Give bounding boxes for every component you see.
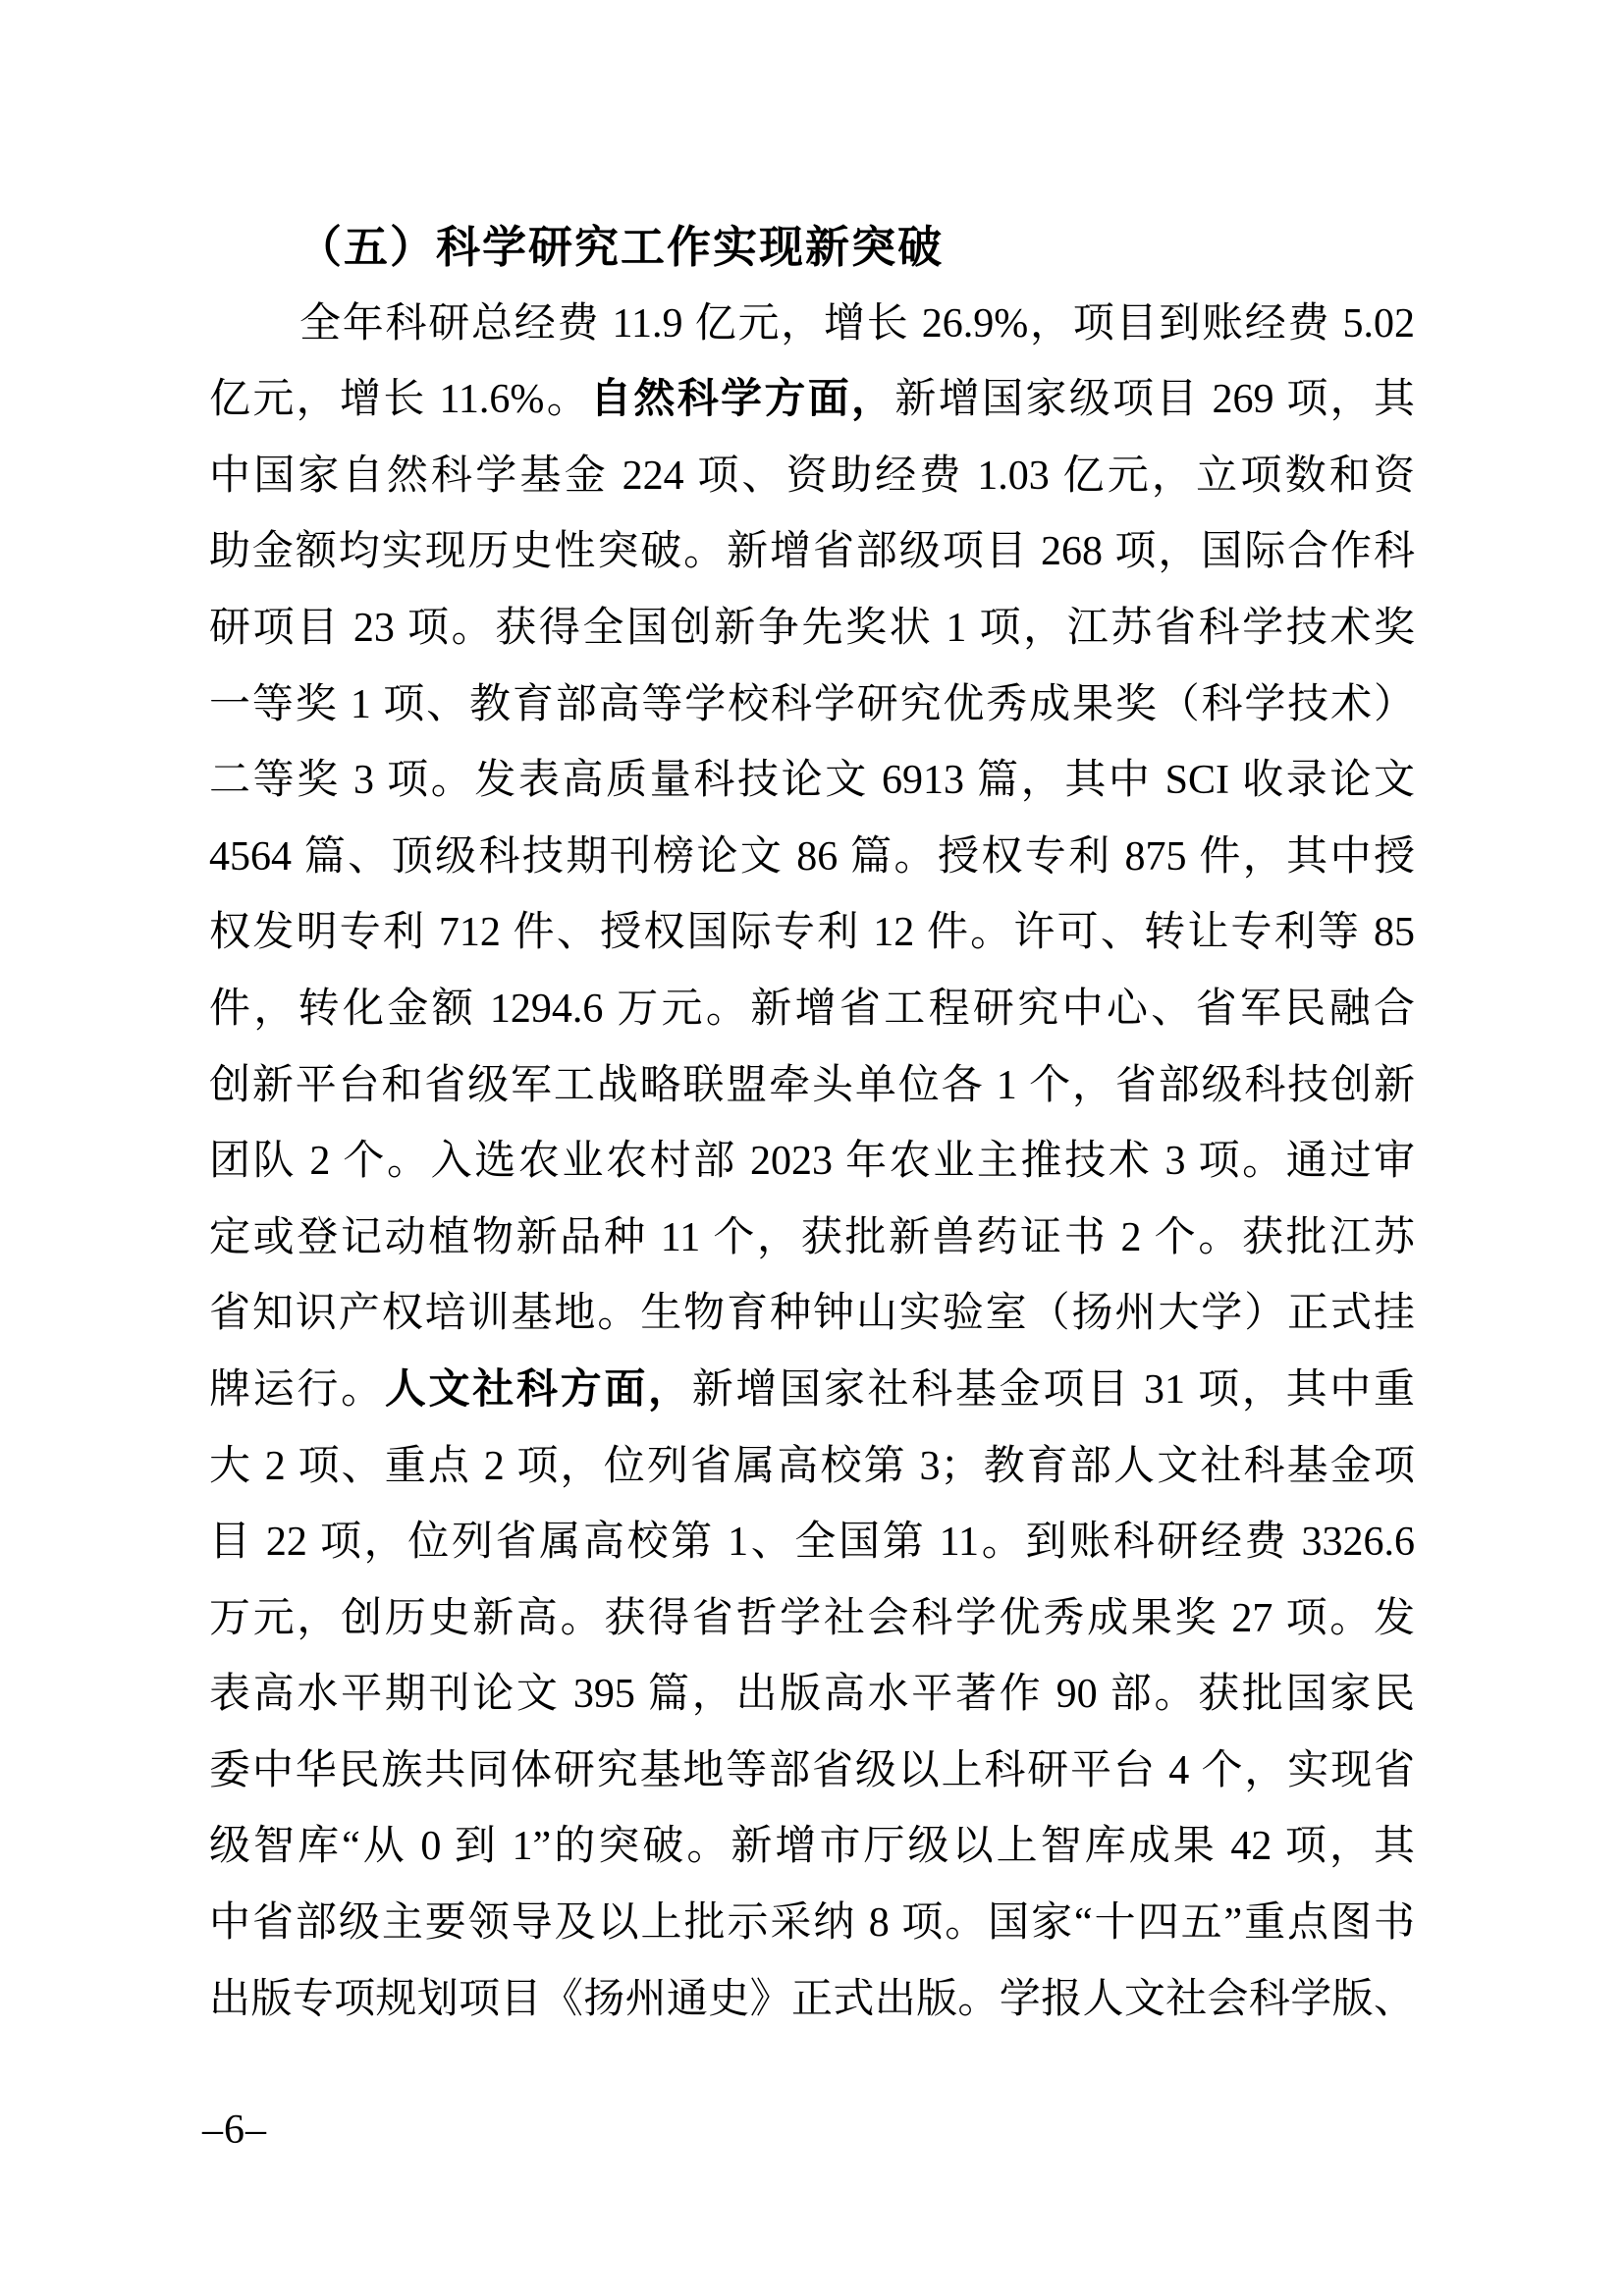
text-line: 省知识产权培训基地。生物育种钟山实验室（扬州大学）正式挂 — [209, 1276, 1415, 1353]
text-segment: 团队 2 个。入选农业农村部 2023 年农业主推技术 3 项。通过审 — [209, 1139, 1415, 1184]
text-line: 二等奖 3 项。发表高质量科技论文 6913 篇，其中 SCI 收录论文 — [209, 743, 1415, 820]
section-heading: （五）科学研究工作实现新突破 — [209, 210, 1415, 287]
section-content: （五）科学研究工作实现新突破 全年科研总经费 11.9 亿元，增长 26.9%，… — [209, 210, 1415, 2038]
text-line: 表高水平期刊论文 395 篇，出版高水平著作 90 部。获批国家民 — [209, 1657, 1415, 1734]
text-line: 团队 2 个。入选农业农村部 2023 年农业主推技术 3 项。通过审 — [209, 1124, 1415, 1201]
text-segment: 中省部级主要领导及以上批示采纳 8 项。国家“十四五”重点图书 — [209, 1900, 1415, 1946]
text-line: 全年科研总经费 11.9 亿元，增长 26.9%，项目到账经费 5.02 — [209, 287, 1415, 363]
body-text: 全年科研总经费 11.9 亿元，增长 26.9%，项目到账经费 5.02亿元，增… — [209, 287, 1415, 2039]
text-segment: 件，转化金额 1294.6 万元。新增省工程研究中心、省军民融合 — [209, 987, 1415, 1032]
text-line: 助金额均实现历史性突破。新增省部级项目 268 项，国际合作科 — [209, 514, 1415, 591]
text-line: 目 22 项，位列省属高校第 1、全国第 11。到账科研经费 3326.6 — [209, 1505, 1415, 1581]
text-segment: 全年科研总经费 11.9 亿元，增长 26.9%，项目到账经费 5.02 — [299, 301, 1415, 347]
text-segment: 大 2 项、重点 2 项，位列省属高校第 3；教育部人文社科基金项 — [209, 1444, 1415, 1489]
text-segment: 中国家自然科学基金 224 项、资助经费 1.03 亿元，立项数和资 — [209, 454, 1415, 499]
text-segment: 出版专项规划项目《扬州通史》正式出版。学报人文社会科学版、 — [209, 1977, 1415, 2022]
text-segment: 省知识产权培训基地。生物育种钟山实验室（扬州大学）正式挂 — [209, 1291, 1415, 1336]
text-segment: 亿元，增长 11.6%。 — [209, 377, 590, 422]
text-line: 权发明专利 712 件、授权国际专利 12 件。许可、转让专利等 85 — [209, 895, 1415, 972]
document-page: （五）科学研究工作实现新突破 全年科研总经费 11.9 亿元，增长 26.9%，… — [0, 0, 1624, 2296]
text-line: 委中华民族共同体研究基地等部省级以上科研平台 4 个，实现省 — [209, 1734, 1415, 1810]
text-line: 一等奖 1 项、教育部高等学校科学研究优秀成果奖（科学技术） — [209, 667, 1415, 744]
text-line: 亿元，增长 11.6%。自然科学方面，新增国家级项目 269 项，其 — [209, 362, 1415, 439]
text-line: 级智库“从 0 到 1”的突破。新增市厅级以上智库成果 42 项，其 — [209, 1809, 1415, 1886]
text-line: 大 2 项、重点 2 项，位列省属高校第 3；教育部人文社科基金项 — [209, 1429, 1415, 1506]
text-line: 万元，创历史新高。获得省哲学社会科学优秀成果奖 27 项。发 — [209, 1581, 1415, 1658]
bold-text-segment: 人文社科方面， — [385, 1367, 692, 1413]
text-segment: 新增国家社科基金项目 31 项，其中重 — [692, 1367, 1415, 1413]
text-segment: 4564 篇、顶级科技期刊榜论文 86 篇。授权专利 875 件，其中授 — [209, 834, 1415, 880]
text-line: 中国家自然科学基金 224 项、资助经费 1.03 亿元，立项数和资 — [209, 439, 1415, 515]
text-segment: 委中华民族共同体研究基地等部省级以上科研平台 4 个，实现省 — [209, 1748, 1415, 1793]
text-segment: 万元，创历史新高。获得省哲学社会科学优秀成果奖 27 项。发 — [209, 1596, 1415, 1641]
text-segment: 创新平台和省级军工战略联盟牵头单位各 1 个，省部级科技创新 — [209, 1063, 1415, 1108]
text-line: 研项目 23 项。获得全国创新争先奖状 1 项，江苏省科学技术奖 — [209, 591, 1415, 667]
text-segment: 新增国家级项目 269 项，其 — [894, 377, 1415, 422]
text-segment: 牌运行。 — [209, 1367, 385, 1413]
text-segment: 权发明专利 712 件、授权国际专利 12 件。许可、转让专利等 85 — [209, 910, 1415, 955]
text-line: 定或登记动植物新品种 11 个，获批新兽药证书 2 个。获批江苏 — [209, 1201, 1415, 1277]
text-segment: 二等奖 3 项。发表高质量科技论文 6913 篇，其中 SCI 收录论文 — [209, 758, 1415, 803]
text-segment: 助金额均实现历史性突破。新增省部级项目 268 项，国际合作科 — [209, 529, 1415, 574]
text-segment: 目 22 项，位列省属高校第 1、全国第 11。到账科研经费 3326.6 — [209, 1520, 1415, 1565]
page-number: –6– — [202, 2109, 267, 2151]
text-line: 创新平台和省级军工战略联盟牵头单位各 1 个，省部级科技创新 — [209, 1048, 1415, 1125]
text-segment: 研项目 23 项。获得全国创新争先奖状 1 项，江苏省科学技术奖 — [209, 606, 1415, 651]
text-segment: 定或登记动植物新品种 11 个，获批新兽药证书 2 个。获批江苏 — [209, 1215, 1415, 1260]
text-segment: 级智库“从 0 到 1”的突破。新增市厅级以上智库成果 42 项，其 — [209, 1824, 1415, 1869]
bold-text-segment: 自然科学方面， — [590, 377, 894, 422]
text-line: 出版专项规划项目《扬州通史》正式出版。学报人文社会科学版、 — [209, 1962, 1415, 2039]
text-line: 中省部级主要领导及以上批示采纳 8 项。国家“十四五”重点图书 — [209, 1886, 1415, 1962]
text-segment: 一等奖 1 项、教育部高等学校科学研究优秀成果奖（科学技术） — [209, 682, 1415, 727]
text-line: 牌运行。人文社科方面，新增国家社科基金项目 31 项，其中重 — [209, 1353, 1415, 1429]
text-line: 件，转化金额 1294.6 万元。新增省工程研究中心、省军民融合 — [209, 972, 1415, 1048]
text-segment: 表高水平期刊论文 395 篇，出版高水平著作 90 部。获批国家民 — [209, 1672, 1415, 1717]
text-line: 4564 篇、顶级科技期刊榜论文 86 篇。授权专利 875 件，其中授 — [209, 820, 1415, 896]
